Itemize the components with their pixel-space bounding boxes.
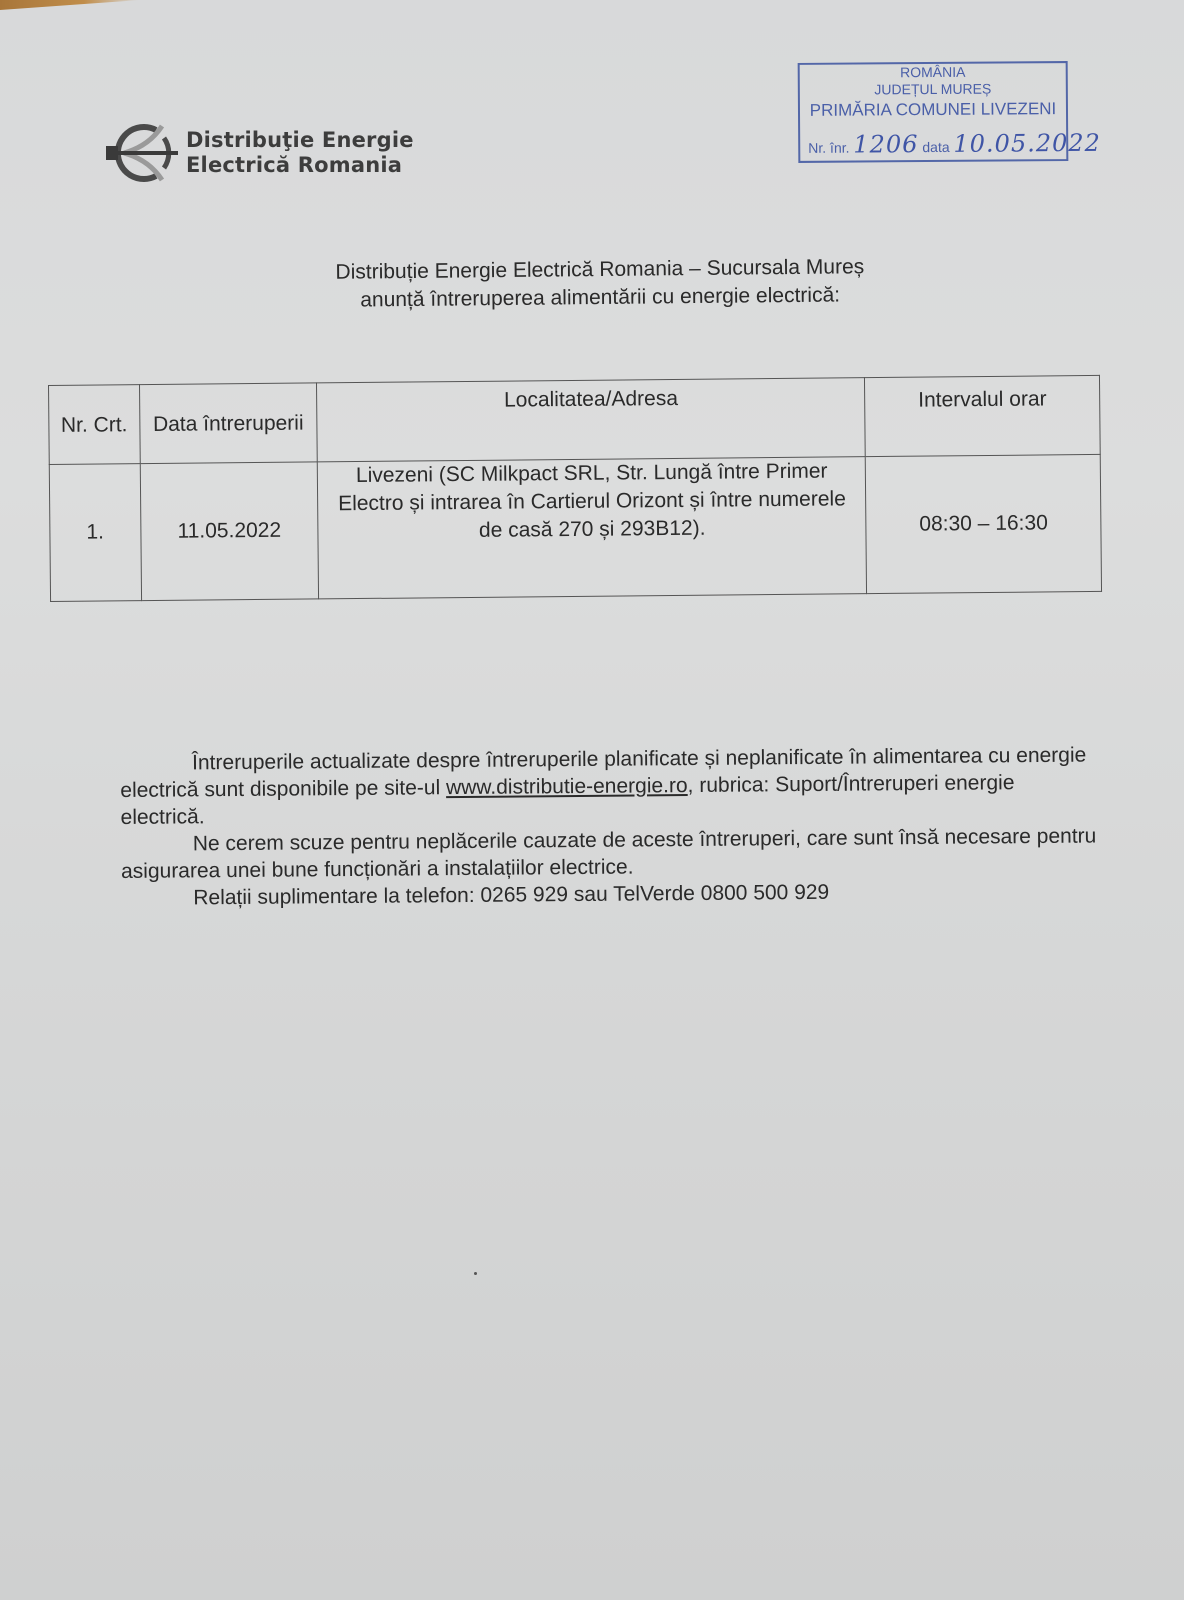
- stamp-institution: PRIMĂRIA COMUNEI LIVEZENI: [800, 99, 1066, 121]
- notice-text: Întreruperile actualizate despre întreru…: [120, 741, 1101, 912]
- notice-p2-text: Ne cerem scuze pentru neplăcerile cauzat…: [121, 824, 1097, 883]
- stamp-registration: Nr. înr. 1206 data 10.05.2022: [808, 129, 1101, 159]
- header-nr: Nr. Crt.: [49, 385, 140, 465]
- header-interval: Intervalul orar: [865, 375, 1100, 456]
- logo-line-1: Distribuţie Energie: [186, 128, 414, 153]
- table-row: 1. 11.05.2022 Livezeni (SC Milkpact SRL,…: [49, 454, 1101, 601]
- website-link[interactable]: www.distributie-energie.ro: [446, 774, 688, 799]
- registration-stamp: ROMÂNIA JUDEȚUL MUREȘ PRIMĂRIA COMUNEI L…: [798, 61, 1069, 163]
- header-date: Data întreruperii: [139, 383, 317, 464]
- document-page: Distribuţie Energie Electrică Romania RO…: [0, 0, 1184, 1600]
- cell-location: Livezeni (SC Milkpact SRL, Str. Lungă în…: [317, 457, 866, 599]
- stamp-date-value: 10.05.2022: [953, 129, 1101, 158]
- stamp-date-label: data: [922, 139, 949, 155]
- stamp-country: ROMÂNIA: [800, 63, 1066, 82]
- notice-paragraph-2: Ne cerem scuze pentru neplăcerile cauzat…: [121, 822, 1101, 885]
- cell-date: 11.05.2022: [140, 462, 319, 601]
- stamp-reg-label: Nr. înr.: [808, 140, 849, 156]
- outage-table: Nr. Crt. Data întreruperii Localitatea/A…: [48, 375, 1102, 602]
- stamp-reg-number: 1206: [853, 130, 918, 158]
- paper-speck: [474, 1272, 477, 1275]
- cell-interval: 08:30 – 16:30: [866, 454, 1102, 593]
- stamp-county: JUDEȚUL MUREȘ: [800, 80, 1066, 99]
- heading-line-2: anunță întreruperea alimentării cu energ…: [260, 280, 940, 315]
- outage-table-wrapper: Nr. Crt. Data întreruperii Localitatea/A…: [48, 375, 1102, 602]
- table-header-row: Nr. Crt. Data întreruperii Localitatea/A…: [49, 375, 1101, 464]
- notice-paragraph-1: Întreruperile actualizate despre întreru…: [120, 741, 1101, 831]
- logo-line-2: Electrică Romania: [186, 153, 414, 178]
- announcement-heading: Distribuție Energie Electrică Romania – …: [260, 252, 941, 315]
- header-location: Localitatea/Adresa: [317, 378, 866, 462]
- dee-logo-icon: [104, 120, 180, 186]
- cell-nr: 1.: [49, 464, 141, 602]
- company-logo: Distribuţie Energie Electrică Romania: [104, 120, 414, 186]
